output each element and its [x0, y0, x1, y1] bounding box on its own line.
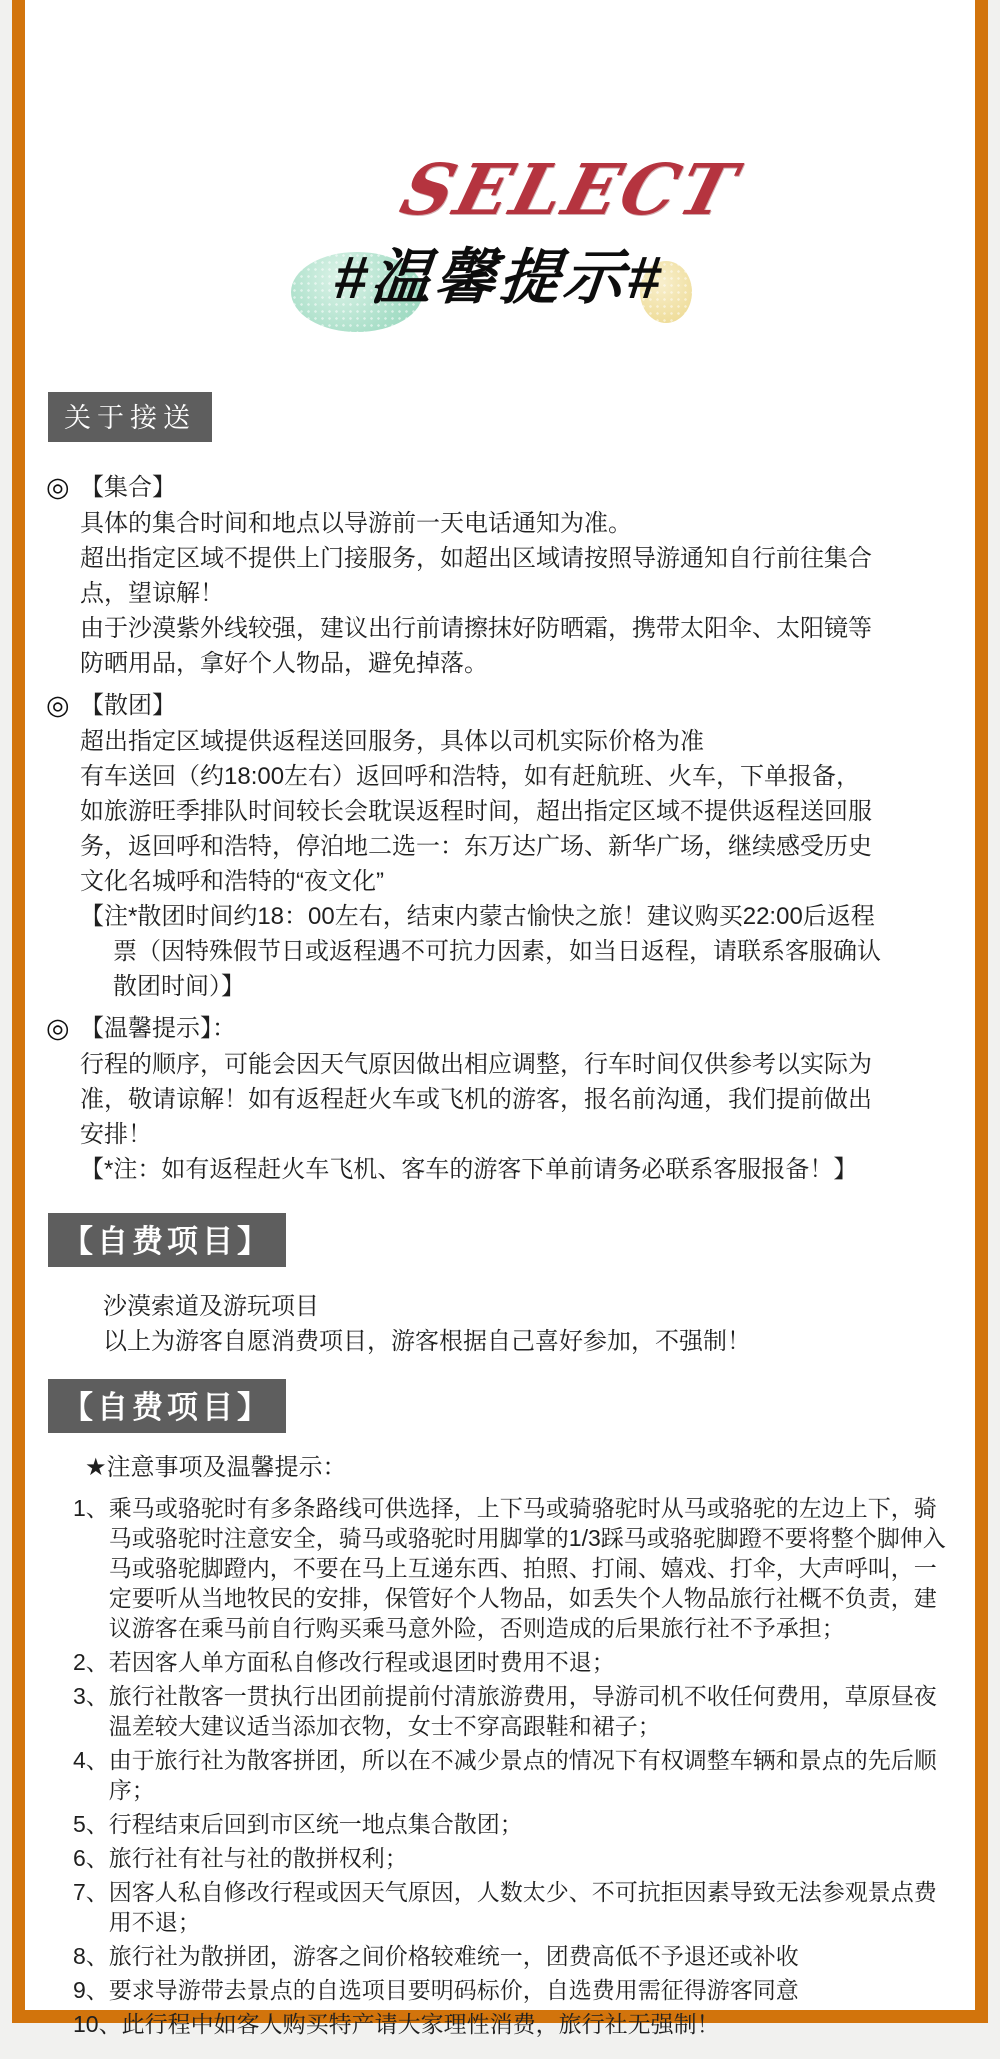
section-heading: 【散团】 [80, 687, 892, 724]
paragraph: 有车送回（约18:00左右）返回呼和浩特，如有赶航班、火车，下单报备， [80, 759, 892, 794]
item-text: 此行程中如客人购买特产请大家理性消费，旅行社无强制！ [122, 2009, 720, 2039]
item-number: 10、 [73, 2009, 122, 2039]
item-number: 4、 [73, 1745, 109, 1805]
item-number: 5、 [73, 1809, 109, 1839]
paragraph: 如旅游旺季排队时间较长会耽误返程时间，超出指定区域不提供返程送回服务，返回呼和浩… [80, 794, 892, 899]
section-heading: 【温馨提示】： [80, 1010, 892, 1047]
select-script-text: SELECT [84, 148, 1000, 231]
notice-list-item: 9、 要求导游带去景点的自选项目要明码标价，自选费用需征得游客同意 [73, 1975, 975, 2005]
notice-list-item: 3、 旅行社散客一贯执行出团前提前付清旅游费用，导游司机不收任何费用，草原昼夜温… [73, 1681, 975, 1741]
item-text: 由于旅行社为散客拼团，所以在不减少景点的情况下有权调整车辆和景点的先后顺序； [109, 1745, 954, 1805]
item-number: 2、 [73, 1647, 109, 1677]
section-warm-tips: ◎ 【温馨提示】： 行程的顺序，可能会因天气原因做出相应调整，行车时间仅供参考以… [25, 1010, 975, 1187]
bullseye-icon: ◎ [25, 1010, 80, 1187]
section-title-self-paid-1: 【自费项目】 [48, 1213, 286, 1267]
item-number: 7、 [73, 1877, 109, 1937]
section-title-self-paid-2: 【自费项目】 [48, 1379, 286, 1433]
item-text: 因客人私自修改行程或因天气原因，人数太少、不可抗拒因素导致无法参观景点费用不退； [109, 1877, 954, 1937]
item-text: 要求导游带去景点的自选项目要明码标价，自选费用需征得游客同意 [109, 1975, 799, 2005]
section-paragraphs: 具体的集合时间和地点以导游前一天电话通知为准。超出指定区域不提供上门接服务，如超… [80, 506, 892, 681]
paragraph: 具体的集合时间和地点以导游前一天电话通知为准。 [80, 506, 892, 541]
self-paid-line: 以上为游客自愿消费项目，游客根据自己喜好参加，不强制！ [103, 1324, 915, 1359]
section-heading: 【集合】 [80, 469, 892, 506]
notice-list-item: 6、 旅行社有社与社的散拼权利； [73, 1843, 975, 1873]
paragraph: 超出指定区域提供返程送回服务，具体以司机实际价格为准 [80, 724, 892, 759]
section-dismissal: ◎ 【散团】 超出指定区域提供返程送回服务，具体以司机实际价格为准有车送回（约1… [25, 687, 975, 1004]
bullseye-icon: ◎ [25, 687, 80, 1004]
notice-list-item: 4、 由于旅行社为散客拼团，所以在不减少景点的情况下有权调整车辆和景点的先后顺序… [73, 1745, 975, 1805]
item-text: 旅行社散客一贯执行出团前提前付清旅游费用，导游司机不收任何费用，草原昼夜温差较大… [109, 1681, 954, 1741]
paragraph: 【注*散团时间约18：00左右，结束内蒙古愉快之旅！建议购买22:00后返程票（… [80, 899, 892, 1004]
section-paragraphs: 超出指定区域提供返程送回服务，具体以司机实际价格为准有车送回（约18:00左右）… [80, 724, 892, 1004]
paragraph: 由于沙漠紫外线较强，建议出行前请擦抹好防晒霜，携带太阳伞、太阳镜等防晒用品，拿好… [80, 611, 892, 681]
paragraph: 行程的顺序，可能会因天气原因做出相应调整，行车时间仅供参考以实际为准，敬请谅解！… [80, 1047, 892, 1152]
item-number: 9、 [73, 1975, 109, 2005]
bullseye-icon: ◎ [25, 469, 80, 681]
badge-title: #温馨提示# [20, 230, 979, 316]
notice-list-item: 10、 此行程中如客人购买特产请大家理性消费，旅行社无强制！ [73, 2009, 975, 2039]
paragraph: 【*注：如有返程赶火车飞机、客车的游客下单前请务必联系客服报备！】 [80, 1152, 892, 1187]
item-number: 1、 [73, 1493, 109, 1643]
item-number: 3、 [73, 1681, 109, 1741]
notice-list-item: 7、 因客人私自修改行程或因天气原因，人数太少、不可抗拒因素导致无法参观景点费用… [73, 1877, 975, 1937]
pickup-sections: ◎ 【集合】 具体的集合时间和地点以导游前一天电话通知为准。超出指定区域不提供上… [25, 469, 975, 1187]
section-gathering: ◎ 【集合】 具体的集合时间和地点以导游前一天电话通知为准。超出指定区域不提供上… [25, 469, 975, 681]
self-paid-lines: 沙漠索道及游玩项目以上为游客自愿消费项目，游客根据自己喜好参加，不强制！ [103, 1289, 915, 1359]
notice-list-item: 1、 乘马或骆驼时有多条路线可供选择，上下马或骑骆驼时从马或骆驼的左边上下，骑马… [73, 1493, 975, 1643]
section-paragraphs: 行程的顺序，可能会因天气原因做出相应调整，行车时间仅供参考以实际为准，敬请谅解！… [80, 1047, 892, 1187]
item-text: 若因客人单方面私自修改行程或退团时费用不退； [109, 1647, 615, 1677]
notice-list-item: 5、 行程结束后回到市区统一地点集合散团； [73, 1809, 975, 1839]
notice-list-item: 2、 若因客人单方面私自修改行程或退团时费用不退； [73, 1647, 975, 1677]
item-text: 旅行社为散拼团，游客之间价格较难统一，团费高低不予退还或补收 [109, 1941, 799, 1971]
paragraph: 超出指定区域不提供上门接服务，如超出区域请按照导游通知自行前往集合点，望谅解！ [80, 541, 892, 611]
item-text: 旅行社有社与社的散拼权利； [109, 1843, 408, 1873]
item-text: 行程结束后回到市区统一地点集合散团； [109, 1809, 523, 1839]
hero-badge: SELECT #温馨提示# [25, 0, 975, 392]
content-card: SELECT #温馨提示# 关于接送 ◎ 【集合】 具体的集合时间和地点以导游前… [12, 0, 988, 2023]
section-title-pickup: 关于接送 [48, 392, 212, 442]
notice-heading: ★注意事项及温馨提示： [85, 1453, 975, 1483]
notice-list: 1、 乘马或骆驼时有多条路线可供选择，上下马或骑骆驼时从马或骆驼的左边上下，骑马… [73, 1493, 975, 2039]
self-paid-line: 沙漠索道及游玩项目 [103, 1289, 915, 1324]
item-text: 乘马或骆驼时有多条路线可供选择，上下马或骑骆驼时从马或骆驼的左边上下，骑马或骆驼… [109, 1493, 954, 1643]
item-number: 6、 [73, 1843, 109, 1873]
item-number: 8、 [73, 1941, 109, 1971]
notice-list-item: 8、 旅行社为散拼团，游客之间价格较难统一，团费高低不予退还或补收 [73, 1941, 975, 1971]
